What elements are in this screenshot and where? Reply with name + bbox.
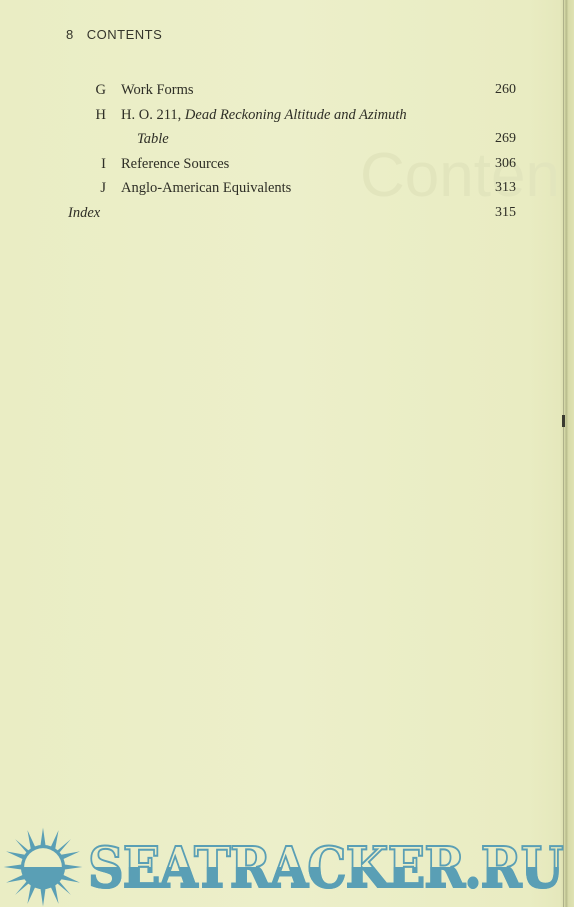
entry-title-italic: Table [137,131,169,147]
page-number: 8 [66,27,74,42]
entry-page: 269 [495,129,516,149]
watermark-text: SEATRACKER.RU [88,840,563,896]
appendix-letter: J [66,178,106,198]
entry-page: 315 [495,203,516,223]
toc-entry-j: J Anglo-American Equivalents 313 [66,178,516,203]
appendix-letter: G [66,80,106,100]
book-page: Contents 8CONTENTS G Work Forms 260 H H.… [0,0,574,907]
sun-over-sea-icon [2,826,84,907]
table-of-contents: G Work Forms 260 H H. O. 211, Dead Recko… [66,80,516,228]
page-edge-mark [562,415,565,427]
entry-title: Table [137,129,169,149]
entry-title: Index [68,203,100,223]
appendix-letter: I [66,154,106,174]
entry-page: 260 [495,80,516,100]
entry-title: Anglo-American Equivalents [121,178,291,198]
toc-entry-i: I Reference Sources 306 [66,154,516,179]
toc-entry-h-continued: Table 269 [66,129,516,154]
entry-title: Reference Sources [121,154,229,174]
site-watermark: SEATRACKER.RU [0,822,574,907]
running-head: 8CONTENTS [66,27,162,42]
appendix-letter: H [66,105,106,125]
entry-title: Work Forms [121,80,194,100]
entry-title: H. O. 211, Dead Reckoning Altitude and A… [121,105,407,125]
entry-page: 306 [495,154,516,174]
toc-entry-index: Index 315 [66,203,516,228]
section-title: CONTENTS [87,27,163,42]
toc-entry-h: H H. O. 211, Dead Reckoning Altitude and… [66,105,516,130]
toc-entry-g: G Work Forms 260 [66,80,516,105]
entry-title-italic: Dead Reckoning Altitude and Azimuth [185,107,407,123]
page-edge-line [563,0,564,907]
entry-page: 313 [495,178,516,198]
